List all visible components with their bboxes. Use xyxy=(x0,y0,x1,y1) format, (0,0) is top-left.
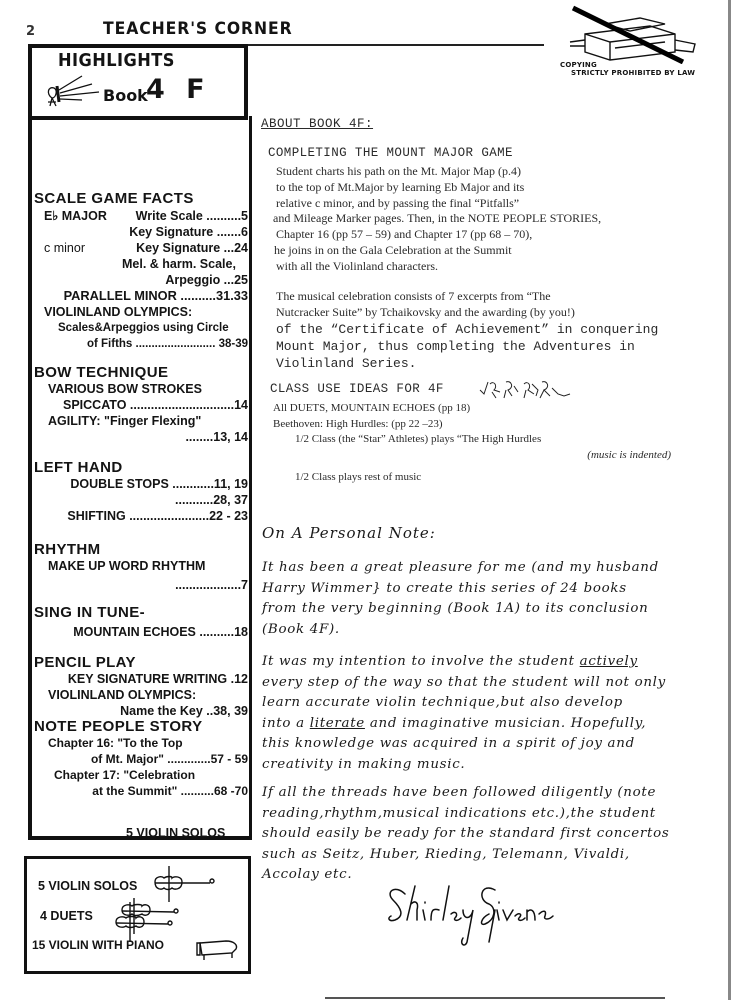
toc-mel-harm: Mel. & harm. Scale, xyxy=(34,256,248,272)
about-paragraph-1: Student charts his path on the Mt. Major… xyxy=(276,164,696,275)
note-line: (Book 4F). xyxy=(262,620,692,641)
section-title: TEACHER'S CORNER xyxy=(103,19,293,39)
note-line: every step of the way so that the studen… xyxy=(262,673,692,694)
about-heading: ABOUT BOOK 4F: xyxy=(261,117,373,131)
note-line: It has been a great pleasure for me (and… xyxy=(262,558,692,579)
toc-chapter-16-pages: of Mt. Major" .............57 - 59 xyxy=(34,751,248,767)
note-line: learn accurate violin technique,but also… xyxy=(262,693,692,714)
crossed-out-photocopier-icon xyxy=(555,4,700,64)
about-line: relative c minor, and by passing the fin… xyxy=(276,196,696,212)
toc-write-scale: Write Scale ..........5 xyxy=(128,208,248,224)
personal-note-paragraph-3: If all the threads have been followed di… xyxy=(262,783,692,886)
bow-technique-heading: BOW TECHNIQUE xyxy=(34,364,248,381)
note-text: and imaginative musician. Hopefully, xyxy=(365,716,646,731)
note-people-section: NOTE PEOPLE STORY Chapter 16: "To the To… xyxy=(34,718,248,799)
toc-scales-arpeggios: Scales&Arpeggios using Circle xyxy=(34,320,248,336)
about-line: Mount Major, thus completing the Adventu… xyxy=(276,338,696,355)
signature: Shirley Givens xyxy=(385,880,575,950)
toc-key-signature-writing: KEY SIGNATURE WRITING .12 xyxy=(34,671,248,687)
note-line: It was my intention to involve the stude… xyxy=(262,652,692,673)
toc-violin-solos: 5 VIOLIN SOLOS xyxy=(126,825,256,841)
bow-technique-section: BOW TECHNIQUE VARIOUS BOW STROKES SPICCA… xyxy=(34,364,248,445)
note-line: creativity in making music. xyxy=(262,755,692,776)
sing-in-tune-section: SING IN TUNE- MOUNTAIN ECHOES ..........… xyxy=(34,604,248,640)
toc-violinland-olympics: VIOLINLAND OLYMPICS: xyxy=(34,304,248,320)
class-use-item: All DUETS, MOUNTAIN ECHOES (pp 18) xyxy=(273,401,693,417)
page-edge xyxy=(728,0,731,1000)
left-hand-section: LEFT HAND DOUBLE STOPS ............11, 1… xyxy=(34,459,248,524)
scale-game-section: SCALE GAME FACTS E♭ MAJOR Write Scale ..… xyxy=(34,190,248,352)
note-line: into a literate and imaginative musician… xyxy=(262,714,692,735)
note-line: should easily be ready for the standard … xyxy=(262,824,692,845)
toc-key-signature-minor: Key Signature ...24 xyxy=(128,240,248,256)
about-line: Student charts his path on the Mt. Major… xyxy=(276,164,696,180)
footer-rule xyxy=(325,997,665,999)
underlined-word: actively xyxy=(580,654,638,669)
personal-note-heading: On A Personal Note: xyxy=(262,524,436,542)
scale-game-heading: SCALE GAME FACTS xyxy=(34,190,248,207)
copy-notice-line2: STRICTLY PROHIBITED BY LAW xyxy=(560,69,695,77)
left-hand-heading: LEFT HAND xyxy=(34,459,248,476)
toc-shifting: SHIFTING .......................22 - 23 xyxy=(34,508,248,524)
about-line: with all the Violinland characters. xyxy=(276,259,696,275)
about-line: The musical celebration consists of 7 ex… xyxy=(276,289,696,305)
athletes-sketch-icon xyxy=(478,378,574,400)
toc-various-bow-strokes: VARIOUS BOW STROKES xyxy=(34,381,248,397)
book-number: 4 F xyxy=(146,74,211,105)
about-line: to the top of Mt.Major by learning Eb Ma… xyxy=(276,180,696,196)
pencil-play-section: PENCIL PLAY KEY SIGNATURE WRITING .12 VI… xyxy=(34,654,248,719)
highlights-title: HIGHLIGHTS xyxy=(58,50,175,71)
about-paragraph-2: The musical celebration consists of 7 ex… xyxy=(276,289,696,372)
toc-make-up-page: ...................7 xyxy=(34,577,248,593)
rhythm-section: RHYTHM MAKE UP WORD RHYTHM .............… xyxy=(34,541,248,593)
copy-notice-line1: COPYING xyxy=(560,61,597,69)
personal-note-paragraph-1: It has been a great pleasure for me (and… xyxy=(262,558,692,640)
toc-make-up-word-rhythm: MAKE UP WORD RHYTHM xyxy=(34,558,248,574)
class-use-heading: CLASS USE IDEAS FOR 4F xyxy=(270,382,444,396)
page-number: 2 xyxy=(26,24,35,39)
rhythm-heading: RHYTHM xyxy=(34,541,248,558)
c-minor-label: c minor xyxy=(34,240,128,256)
about-line: of the “Certificate of Achievement” in c… xyxy=(276,321,696,338)
note-line: from the very beginning (Book 1A) to its… xyxy=(262,599,692,620)
toc-mountain-echoes: MOUNTAIN ECHOES ..........18 xyxy=(34,624,248,640)
toc-parallel-minor: PARALLEL MINOR ..........31.33 xyxy=(34,288,248,304)
about-line: Nutcracker Suite” by Tchaikovsky and the… xyxy=(276,305,696,321)
toc-agility: AGILITY: "Finger Flexing" xyxy=(34,413,248,429)
note-text: It was my intention to involve the stude… xyxy=(262,654,580,669)
class-use-item: 1/2 Class plays rest of music xyxy=(273,470,693,486)
toc-double-stops-more: ...........28, 37 xyxy=(34,492,248,508)
note-line: reading,rhythm,musical indications etc.)… xyxy=(262,804,692,825)
class-use-list: All DUETS, MOUNTAIN ECHOES (pp 18) Beeth… xyxy=(273,401,693,486)
class-use-item: Beethoven: High Hurdles: (pp 22 –23) xyxy=(273,417,693,433)
about-line: and Mileage Marker pages. Then, in the N… xyxy=(273,211,696,227)
toc-circle-of-fifths: of Fifths ......................... 38-3… xyxy=(34,336,248,352)
note-people-heading: NOTE PEOPLE STORY xyxy=(34,718,248,735)
toc-spiccato: SPICCATO ..............................1… xyxy=(34,397,248,413)
pencil-play-heading: PENCIL PLAY xyxy=(34,654,248,671)
toc-name-the-key: Name the Key ..38, 39 xyxy=(34,703,248,719)
note-text: into a xyxy=(262,716,310,731)
mount-major-heading: COMPLETING THE MOUNT MAJOR GAME xyxy=(268,146,513,160)
header-divider xyxy=(246,44,544,46)
about-line: he joins in on the Gala Celebration at t… xyxy=(274,243,696,259)
two-violins-icon xyxy=(112,898,182,948)
about-line: Chapter 16 (pp 57 – 59) and Chapter 17 (… xyxy=(276,227,696,243)
eb-major-label: E♭ MAJOR xyxy=(34,208,128,224)
toc-arpeggio: Arpeggio ...25 xyxy=(34,272,248,288)
solos-note: 5 VIOLIN SOLOS xyxy=(34,825,256,841)
toc-key-signature-major: Key Signature .......6 xyxy=(34,224,248,240)
note-line: If all the threads have been followed di… xyxy=(262,783,692,804)
about-line: Violinland Series. xyxy=(276,355,696,372)
toc-double-stops: DOUBLE STOPS ............11, 19 xyxy=(34,476,248,492)
underlined-word: literate xyxy=(310,716,365,731)
personal-note-paragraph-2: It was my intention to involve the stude… xyxy=(262,652,692,775)
toc-chapter-17-title: Chapter 17: "Celebration xyxy=(34,767,248,783)
copy-prohibited-notice: COPYING STRICTLY PROHIBITED BY LAW xyxy=(560,61,695,77)
class-use-note: (music is indented) xyxy=(273,448,693,464)
toc-pencil-olympics: VIOLINLAND OLYMPICS: xyxy=(34,687,248,703)
class-use-item: 1/2 Class (the “Star” Athletes) plays “T… xyxy=(273,432,693,448)
note-line: this knowledge was acquired in a spirit … xyxy=(262,734,692,755)
sing-in-tune-heading: SING IN TUNE- xyxy=(34,604,248,621)
toc-chapter-16-title: Chapter 16: "To the Top xyxy=(34,735,248,751)
toc-chapter-17-pages: at the Summit" ..........68 -70 xyxy=(34,783,248,799)
toc-agility-pages: ........13, 14 xyxy=(34,429,248,445)
grand-piano-icon xyxy=(196,937,240,961)
note-line: such as Seitz, Huber, Rieding, Telemann,… xyxy=(262,845,692,866)
book-label: Book xyxy=(103,86,148,105)
note-line: Harry Wimmer} to create this series of 2… xyxy=(262,579,692,600)
